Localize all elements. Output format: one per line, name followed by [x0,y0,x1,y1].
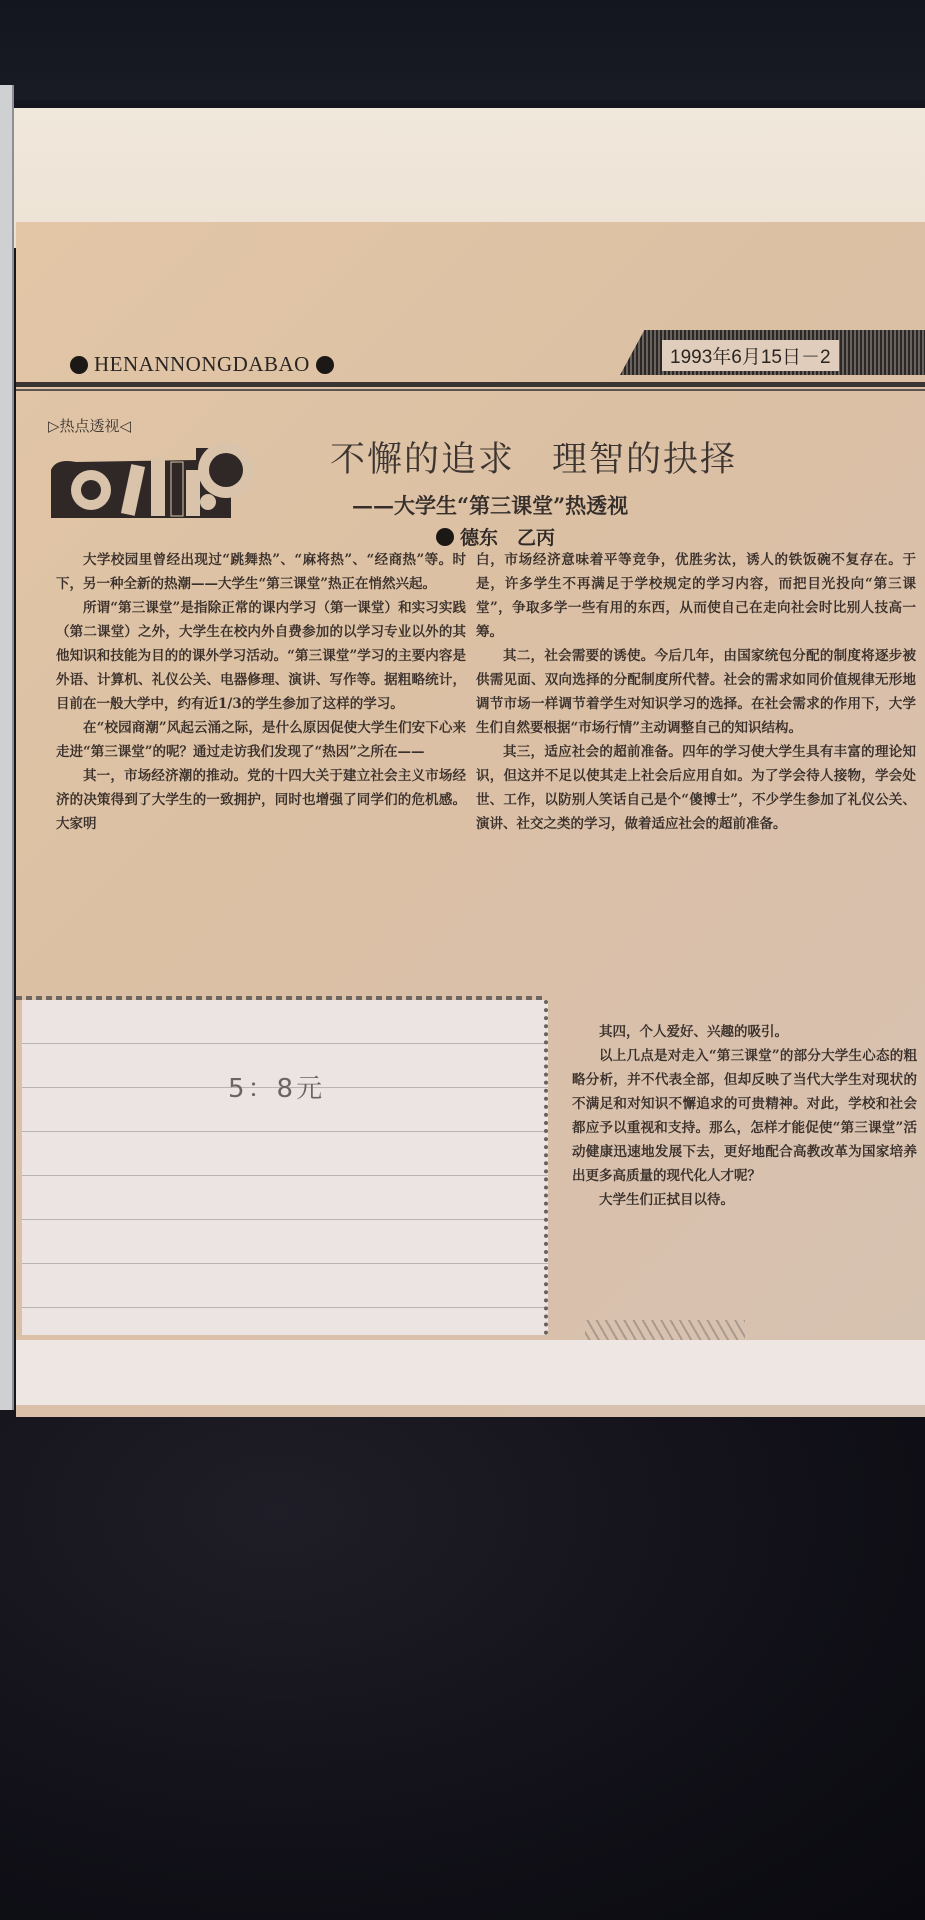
issue-date: 1993年6月15日－2 [662,340,839,371]
paragraph: 在“校园商潮”风起云涌之际，是什么原因促使大学生们安下心来走进“第三课堂”的呢？… [56,716,466,764]
paragraph: 其一，市场经济潮的推动。党的十四大关于建立社会主义市场经济的决策得到了大学生的一… [56,764,466,836]
article-column-right: 白，市场经济意味着平等竞争，优胜劣汰，诱人的铁饭碗不复存在。于是，许多学生不再满… [476,548,916,836]
article-headline: 不懈的追求 理智的抉择 [330,432,737,482]
film-reel-books-icon [46,440,261,520]
bullet-dot-icon [70,356,88,374]
paragraph: 白，市场经济意味着平等竞争，优胜劣汰，诱人的铁饭碗不复存在。于是，许多学生不再满… [476,548,916,644]
article-byline: 德东 乙丙 [436,523,555,550]
paragraph: 其四，个人爱好、兴趣的吸引。 [572,1020,917,1044]
author-names: 德东 乙丙 [460,523,555,550]
article-column-left: 大学校园里曾经出现过“跳舞热”、“麻将热”、“经商热”等。时下，另一种全新的热潮… [56,548,466,836]
newspaper-masthead: HENANNONGDABAO [70,352,334,377]
section-tag: ▷热点透视◁ [48,415,131,436]
paragraph: 所谓“第三课堂”是指除正常的课内学习（第一课堂）和实习实践（第二课堂）之外，大学… [56,596,466,716]
bullet-dot-icon [436,528,454,546]
article-subheadline: ——大学生“第三课堂”热透视 [352,490,628,520]
paragraph: 以上几点是对走入“第三课堂”的部分大学生心态的粗略分析，并不代表全部，但却反映了… [572,1044,917,1188]
paragraph: 其三，适应社会的超前准备。四年的学习使大学生具有丰富的理论知识，但这并不足以使其… [476,740,916,836]
lined-note-paper [22,1000,548,1335]
background-top [0,0,925,100]
divider-rule-thin [16,389,925,391]
masthead-text: HENANNONGDABAO [94,352,310,377]
leather-surface [0,1410,925,1920]
article-column-right-lower: 其四，个人爱好、兴趣的吸引。 以上几点是对走入“第三课堂”的部分大学生心态的粗略… [572,1020,917,1212]
bullet-dot-icon [316,356,334,374]
paragraph: 其二，社会需要的诱使。今后几年，由国家统包分配的制度将逐步被供需见面、双向选择的… [476,644,916,740]
paragraph: 大学生们正拭目以待。 [572,1188,917,1212]
paragraph: 大学校园里曾经出现过“跳舞热”、“麻将热”、“经商热”等。时下，另一种全新的热潮… [56,548,466,596]
book-spine-edge [0,85,14,1410]
handwritten-price-note: 5：8元 [228,1068,325,1105]
album-page-bottom [16,1340,925,1405]
divider-rule [16,382,925,387]
